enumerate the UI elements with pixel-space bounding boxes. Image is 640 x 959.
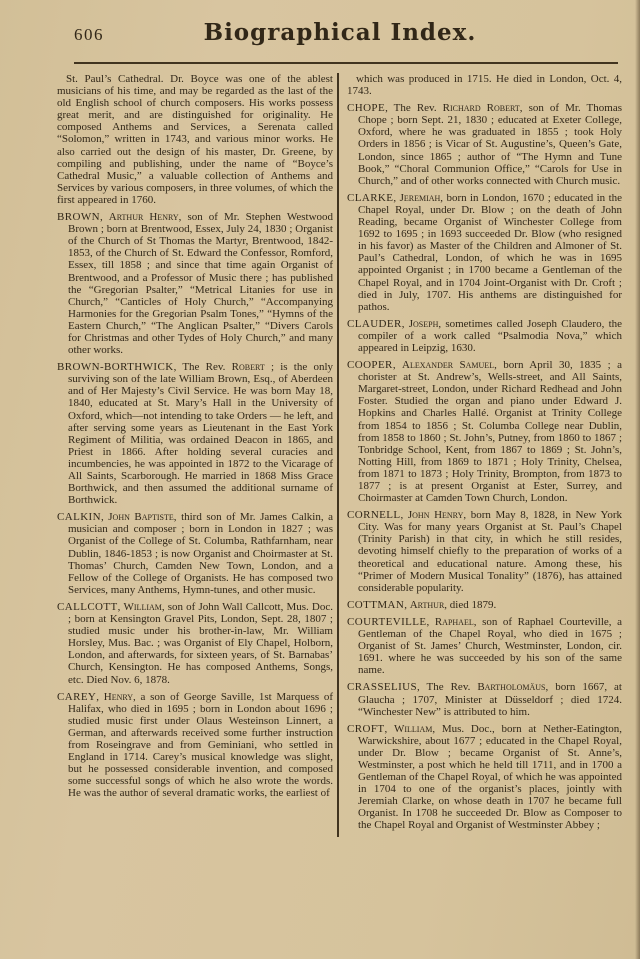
entry-callcott: CALLCOTT, William, son of John Wall Call… xyxy=(57,601,333,686)
text-block: St. Paul’s Cathedral. Dr. Boyce was one … xyxy=(57,73,623,837)
continuation-boyce: St. Paul’s Cathedral. Dr. Boyce was one … xyxy=(57,73,333,206)
entry-calkin: CALKIN, John Baptiste, third son of Mr. … xyxy=(57,511,333,596)
header-rule xyxy=(74,62,618,64)
right-column: which was produced in 1715. He died in L… xyxy=(347,73,622,837)
entry-clauder: CLAUDER, Joseph, sometimes called Joseph… xyxy=(347,318,622,354)
book-page: 606 Biographical Index. St. Paul’s Cathe… xyxy=(0,0,640,959)
column-divider xyxy=(337,73,339,837)
continuation-carey: which was produced in 1715. He died in L… xyxy=(347,73,622,97)
entry-cooper: COOPER, Alexander Samuel, born April 30,… xyxy=(347,359,622,504)
entry-cottman: COTTMAN, Arthur, died 1879. xyxy=(347,599,622,611)
entry-brown: BROWN, Arthur Henry, son of Mr. Stephen … xyxy=(57,211,333,356)
entry-croft: CROFT, William, Mus. Doc., born at Nethe… xyxy=(347,723,622,832)
entry-courteville: COURTEVILLE, Raphael, son of Raphael Cou… xyxy=(347,616,622,676)
page-edge-shadow xyxy=(635,0,640,959)
left-column: St. Paul’s Cathedral. Dr. Boyce was one … xyxy=(57,73,333,837)
entry-crasselius: CRASSELIUS, The Rev. Bartholomäus, born … xyxy=(347,681,622,717)
page-title: Biographical Index. xyxy=(57,19,623,46)
entry-chope: CHOPE, The Rev. Richard Robert, son of M… xyxy=(347,102,622,187)
entry-carey: CAREY, Henry, a son of George Saville, 1… xyxy=(57,691,333,800)
entry-cornell: CORNELL, John Henry, born May 8, 1828, i… xyxy=(347,509,622,594)
entry-brown-borthwick: BROWN-BORTHWICK, The Rev. Robert ; is th… xyxy=(57,361,333,506)
entry-clarke: CLARKE, Jeremiah, born in London, 1670 ;… xyxy=(347,192,622,313)
